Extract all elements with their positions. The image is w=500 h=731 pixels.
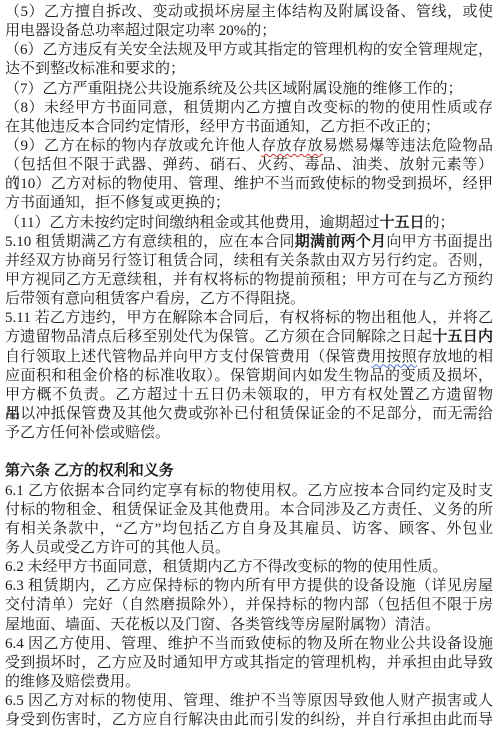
text-line: 6.2 未经甲方书面同意，租赁期内乙方不得改变标的物的使用性质。: [5, 558, 493, 577]
text-line: 在其他违反本合同约定情形，经甲方书面通知，乙方拒不改正的；: [5, 118, 493, 137]
text-segment: 自行领取上述代管物品并向甲方支付保管费用（保管费: [5, 349, 371, 365]
bold-text-segment: 十五日内: [432, 329, 493, 345]
text-line: （5）乙方擅自拆改、变动或损坏房屋主体结构及附属设备、管线，或使: [5, 3, 493, 22]
text-segment: 屋地面、墙面、天花板以及门窗、各类管线等房屋附属物）清洁。: [5, 617, 440, 633]
text-segment: 用以冲抵保管费及其他欠费或弥补已付租赁保证金的不足部分，而无需给: [5, 406, 493, 422]
text-line: 身受到伤害时，乙方应自行解决由此而引发的纠纷，并自行承担由此而导: [5, 711, 493, 730]
contract-text-body: （5）乙方擅自拆改、变动或损坏房屋主体结构及附属设备、管线，或使用电器设备总功率…: [5, 3, 493, 730]
text-segment: 交付清单）完好（自然磨损除外），并保持标的物内部（包括但不限于房: [5, 597, 493, 613]
text-line: 6.4 因乙方使用、管理、维护不当而致使标的物及所在物业公共设备设施: [5, 635, 493, 654]
text-segment: 6.3 租赁期内，乙方应保持标的物内所有甲方提供的设备设施（详见房屋: [5, 578, 493, 594]
text-segment: 付标的物租金、租赁保证金及其他费用。本合同涉及乙方责任、义务的所: [5, 502, 493, 518]
bold-text-segment: 十五日: [379, 215, 424, 231]
text-line: 用以冲抵保管费及其他欠费或弥补已付租赁保证金的不足部分，而无需给: [5, 405, 493, 424]
text-segment: 受到损坏时，乙方应及时通知甲方或其指定的管理机构，并承担由此导致: [5, 655, 493, 671]
text-segment: 6.5 因乙方对标的物使用、管理、维护不当等原因导致他人财产损害或人: [5, 693, 493, 709]
text-segment: 身受到伤害时，乙方应自行解决由此而引发的纠纷，并自行承担由此而导: [5, 712, 493, 728]
text-segment: 应面积和租金价格的标准收取）。保管期间内如发生物品的变质及损坏，: [5, 368, 493, 384]
text-line: 受到损坏时，乙方应及时通知甲方或其指定的管理机构，并承担由此导致: [5, 654, 493, 673]
text-line: 的维修及赔偿费用。: [5, 673, 493, 692]
text-line: 自行领取上述代管物品并向甲方支付保管费用（保管费用按照存放地的相: [5, 348, 493, 367]
text-line: （7）乙方严重阻挠公共设施系统及公共区域附属设施的维修工作的；: [5, 80, 493, 99]
text-line: 有相关条款中，“乙方”均包括乙方自身及其雇员、访客、顾客、外包业: [5, 520, 493, 539]
text-line: 甲方视同乙方无意续租，并有权将标的物提前预租；甲方可在与乙方预约: [5, 271, 493, 290]
text-segment: 6.1 乙方依据本合同约定享有标的物使用权。乙方应按本合同约定及时支: [5, 483, 493, 499]
text-segment: 方遗留物品清点后移至别处代为保管。乙方须在合同解除之日起: [5, 329, 432, 345]
text-segment: （10）乙方对标的物使用、管理、维护不当而致使标的物受到损坏，经甲: [5, 176, 493, 192]
text-line: （11）乙方未按约定时间缴纳租金或其他费用，逾期超过十五日的；: [5, 214, 493, 233]
blue-squiggle-underlined-text: 用按照: [371, 349, 417, 365]
text-segment: （6）乙方违反有关安全法规及甲方或其指定的管理机构的安全管理规定，: [5, 42, 493, 58]
text-segment: （11）乙方未按约定时间缴纳租金或其他费用，逾期超过: [5, 215, 379, 231]
text-segment: 6.4 因乙方使用、管理、维护不当而致使标的物及所在物业公共设备设施: [5, 636, 493, 652]
text-line: 后带领有意向租赁客户看房，乙方不得阻挠。: [5, 290, 493, 309]
text-line: 6.3 租赁期内，乙方应保持标的物内所有甲方提供的设备设施（详见房屋: [5, 577, 493, 596]
bold-text-segment: 第六条 乙方的权利和义务: [5, 463, 174, 479]
text-line: 方遗留物品清点后移至别处代为保管。乙方须在合同解除之日起十五日内: [5, 328, 493, 347]
text-segment: 务人员或受乙方许可的其他人员。: [5, 540, 230, 556]
text-line: （6）乙方违反有关安全法规及甲方或其指定的管理机构的安全管理规定，: [5, 41, 493, 60]
text-segment: 6.2 未经甲方书面同意，租赁期内乙方不得改变标的物的使用性质。: [5, 559, 448, 575]
text-segment: 易燃易爆等违法危险物品: [323, 138, 493, 154]
text-line: 方书面通知，拒不修复或更换的；: [5, 194, 493, 213]
text-segment: 予乙方任何补偿或赔偿。: [5, 425, 170, 441]
text-segment: 的维修及赔偿费用。: [5, 674, 140, 690]
text-line: 予乙方任何补偿或赔偿。: [5, 424, 493, 443]
text-line: 5.10 租赁期满乙方有意续租的，应在本合同期满前两个月向甲方书面提出: [5, 233, 493, 252]
text-line: （9）乙方在标的物内存放或允许他人存放存放易燃易爆等违法危险物品: [5, 137, 493, 156]
text-line: （8）未经甲方书面同意，租赁期内乙方擅自改变标的物的使用性质或存: [5, 99, 493, 118]
text-line: 交付清单）完好（自然磨损除外），并保持标的物内部（包括但不限于房: [5, 596, 493, 615]
text-segment: 达不到整改标准和要求的；: [5, 61, 185, 77]
text-segment: （7）乙方严重阻挠公共设施系统及公共区域附属设施的维修工作的；: [5, 81, 463, 97]
text-line: 屋地面、墙面、天花板以及门窗、各类管线等房屋附属物）清洁。: [5, 616, 493, 635]
bold-text-segment: 期满前两个月: [295, 234, 387, 250]
text-segment: 5.11 若乙方违约，甲方在解除本合同后，有权将标的物出租他人，并将乙: [5, 310, 493, 326]
text-segment: （9）乙方在标的物内存放或允许他人: [5, 138, 261, 154]
text-segment: （8）未经甲方书面同意，租赁期内乙方擅自改变标的物的使用性质或存: [5, 100, 493, 116]
text-segment: 向甲方书面提出: [386, 234, 493, 250]
text-segment: 的；: [424, 215, 454, 231]
blank-line: [5, 443, 493, 462]
text-segment: 并经双方协商另行签订租赁合同，续租有关条款由双方另行约定。否则，: [5, 253, 493, 269]
text-segment: 用电器设备总功率超过限定功率 20%的；: [5, 23, 276, 39]
text-line: 甲方概不负责。乙方超过十五日仍未领取的，甲方有权处置乙方遗留物品，: [5, 386, 493, 405]
text-segment: 有相关条款中，“乙方”均包括乙方自身及其雇员、访客、顾客、外包业: [5, 521, 493, 537]
section-heading: 第六条 乙方的权利和义务: [5, 462, 493, 481]
text-line: （10）乙方对标的物使用、管理、维护不当而致使标的物受到损坏，经甲: [5, 175, 493, 194]
text-segment: 存放地的相: [417, 349, 493, 365]
red-squiggle-underlined-text: 存放存放: [261, 138, 323, 154]
text-segment: 5.10 租赁期满乙方有意续租的，应在本合同: [5, 234, 295, 250]
text-segment: 后带领有意向租赁客户看房，乙方不得阻挠。: [5, 291, 305, 307]
text-line: 务人员或受乙方许可的其他人员。: [5, 539, 493, 558]
text-line: （包括但不限于武器、弹药、硝石、火药、毒品、油类、放射元素等）的；: [5, 156, 493, 175]
text-segment: 甲方视同乙方无意续租，并有权将标的物提前预租；甲方可在与乙方预约: [5, 272, 493, 288]
text-line: 应面积和租金价格的标准收取）。保管期间内如发生物品的变质及损坏，: [5, 367, 493, 386]
text-line: 6.1 乙方依据本合同约定享有标的物使用权。乙方应按本合同约定及时支: [5, 482, 493, 501]
text-line: 达不到整改标准和要求的；: [5, 60, 493, 79]
text-segment: 方书面通知，拒不修复或更换的；: [5, 195, 230, 211]
text-line: 并经双方协商另行签订租赁合同，续租有关条款由双方另行约定。否则，: [5, 252, 493, 271]
text-line: 用电器设备总功率超过限定功率 20%的；: [5, 22, 493, 41]
text-line: 6.5 因乙方对标的物使用、管理、维护不当等原因导致他人财产损害或人: [5, 692, 493, 711]
text-line: 5.11 若乙方违约，甲方在解除本合同后，有权将标的物出租他人，并将乙: [5, 309, 493, 328]
contract-document-page: （5）乙方擅自拆改、变动或损坏房屋主体结构及附属设备、管线，或使用电器设备总功率…: [0, 0, 500, 731]
text-segment: 在其他违反本合同约定情形，经甲方书面通知，乙方拒不改正的；: [5, 119, 440, 135]
text-segment: （5）乙方擅自拆改、变动或损坏房屋主体结构及附属设备、管线，或使: [5, 4, 493, 20]
text-line: 付标的物租金、租赁保证金及其他费用。本合同涉及乙方责任、义务的所: [5, 501, 493, 520]
